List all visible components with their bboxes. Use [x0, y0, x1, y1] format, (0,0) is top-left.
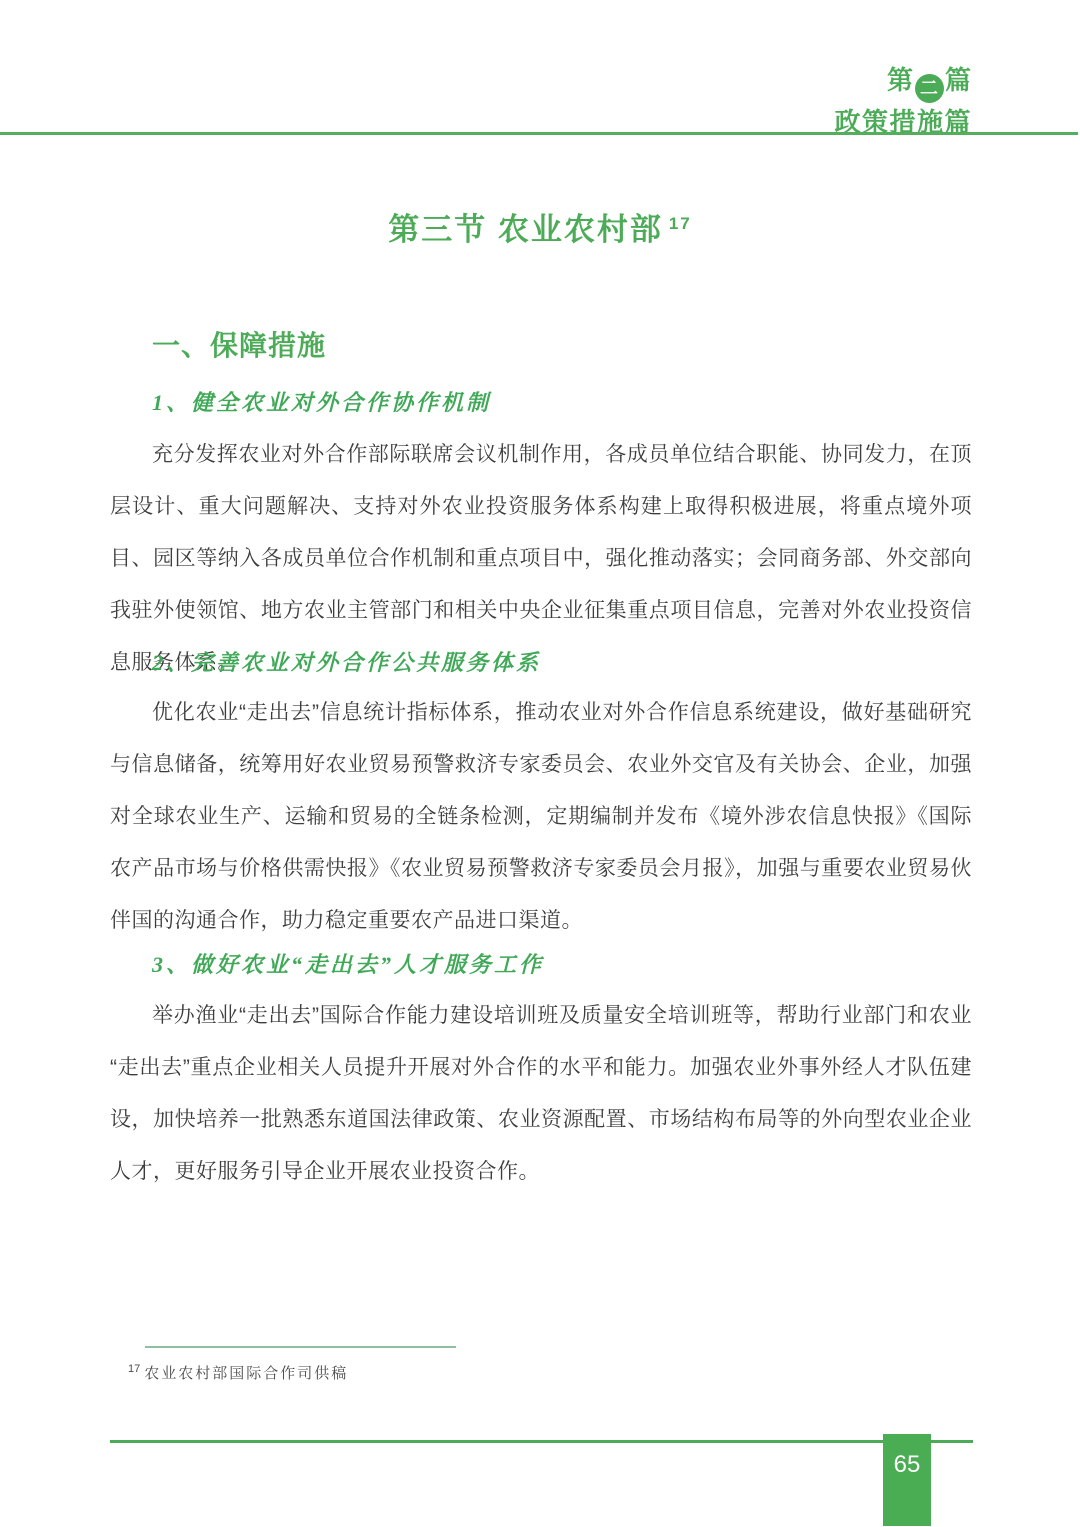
chapter-title: 第三节 农业农村部17 — [0, 204, 1080, 249]
subsection-heading-1: 1、健全农业对外合作协作机制 — [152, 386, 491, 417]
running-header: 第二篇 政策措施篇 — [834, 64, 972, 138]
subsection-body-3: 举办渔业“走出去”国际合作能力建设培训班及质量安全培训班等，帮助行业部门和农业“… — [110, 990, 972, 1198]
subsection-body-2: 优化农业“走出去”信息统计指标体系，推动农业对外合作信息系统建设，做好基础研究与… — [110, 687, 972, 947]
footnote-divider — [145, 1346, 456, 1348]
footnote: 17农业农村部国际合作司供稿 — [128, 1362, 348, 1383]
document-page: 第二篇 政策措施篇 第三节 农业农村部17 一、保障措施 1、健全农业对外合作协… — [0, 0, 1080, 1527]
part-number-badge: 二 — [915, 74, 944, 103]
subsection-heading-2: 2、完善农业对外合作公共服务体系 — [152, 646, 541, 677]
part-label: 第二篇 — [834, 64, 972, 103]
section-heading: 一、保障措施 — [152, 324, 326, 364]
chapter-title-text: 第三节 农业农村部 — [388, 212, 663, 247]
header-divider — [0, 132, 1078, 135]
part-label-prefix: 第 — [887, 65, 914, 95]
footnote-text: 农业农村部国际合作司供稿 — [144, 1365, 348, 1382]
footer-divider — [110, 1440, 973, 1443]
part-label-suffix: 篇 — [945, 65, 972, 95]
footnote-ref: 17 — [128, 1363, 140, 1375]
subsection-heading-3: 3、做好农业“走出去”人才服务工作 — [152, 948, 544, 979]
chapter-footnote-ref: 17 — [669, 214, 692, 233]
page-number-tab: 65 — [883, 1434, 931, 1526]
